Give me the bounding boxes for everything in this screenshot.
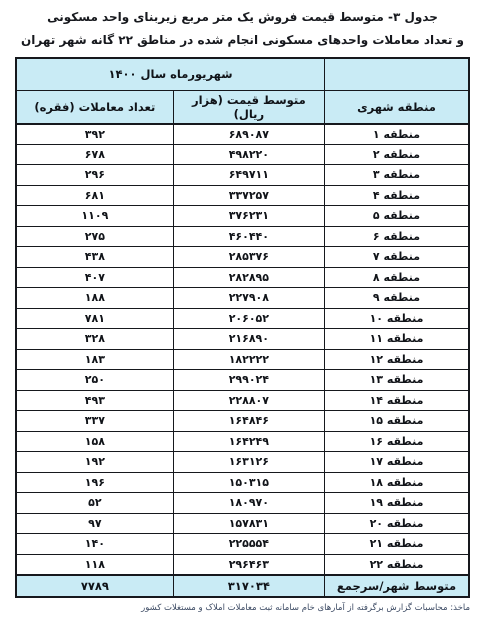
period-header-cell: شهریورماه سال ۱۴۰۰ xyxy=(16,58,325,91)
table-row: منطقه ۱۶۸۹۰۸۷۳۹۲ xyxy=(16,124,469,145)
district-cell: منطقه ۲ xyxy=(325,144,470,165)
avg-price-cell: ۱۶۴۸۴۶ xyxy=(173,411,324,432)
source-note: ماخذ: محاسبات گزارش برگرفته از آمارهای خ… xyxy=(15,603,470,613)
district-cell: منطقه ۱۱ xyxy=(325,329,470,350)
districts-price-table: شهریورماه سال ۱۴۰۰ منطقه شهری متوسط قیمت… xyxy=(15,57,470,598)
district-cell: منطقه ۸ xyxy=(325,267,470,288)
district-cell: منطقه ۶ xyxy=(325,226,470,247)
table-row: منطقه ۱۳۲۹۹۰۲۴۲۵۰ xyxy=(16,370,469,391)
transactions-cell: ۴۳۸ xyxy=(16,247,173,268)
district-cell: منطقه ۳ xyxy=(325,165,470,186)
transactions-cell: ۳۲۸ xyxy=(16,329,173,350)
district-cell: منطقه ۲۰ xyxy=(325,513,470,534)
district-cell: منطقه ۱۴ xyxy=(325,390,470,411)
district-cell: منطقه ۲۱ xyxy=(325,534,470,555)
transactions-cell: ۱۱۸ xyxy=(16,554,173,575)
avg-price-cell: ۲۹۶۴۶۳ xyxy=(173,554,324,575)
table-title-line1: جدول ۳- متوسط قیمت فروش یک متر مربع زیرب… xyxy=(0,6,485,29)
district-cell: منطقه ۱۳ xyxy=(325,370,470,391)
empty-header-cell xyxy=(325,58,470,91)
table-row: منطقه ۲۱۲۲۵۵۵۴۱۴۰ xyxy=(16,534,469,555)
transactions-cell: ۲۹۶ xyxy=(16,165,173,186)
avg-price-cell: ۱۶۴۲۴۹ xyxy=(173,431,324,452)
total-label-cell: متوسط شهر/سرجمع xyxy=(325,575,470,597)
avg-price-cell: ۱۵۷۸۳۱ xyxy=(173,513,324,534)
avg-price-cell: ۲۰۶۰۵۲ xyxy=(173,308,324,329)
table-title-line2: و تعداد معاملات واحدهای مسکونی انجام شده… xyxy=(0,29,485,52)
table-row: منطقه ۲۴۹۸۲۲۰۶۷۸ xyxy=(16,144,469,165)
avg-price-cell: ۲۱۶۸۹۰ xyxy=(173,329,324,350)
district-column-header: منطقه شهری xyxy=(325,91,470,124)
district-cell: منطقه ۱ xyxy=(325,124,470,145)
table-row: منطقه ۲۲۲۹۶۴۶۳۱۱۸ xyxy=(16,554,469,575)
avg-price-cell: ۲۸۲۸۹۵ xyxy=(173,267,324,288)
table-header: شهریورماه سال ۱۴۰۰ منطقه شهری متوسط قیمت… xyxy=(16,58,469,124)
district-cell: منطقه ۱۵ xyxy=(325,411,470,432)
table-row: منطقه ۱۱۲۱۶۸۹۰۳۲۸ xyxy=(16,329,469,350)
avg-price-cell: ۶۴۹۷۱۱ xyxy=(173,165,324,186)
transactions-cell: ۶۷۸ xyxy=(16,144,173,165)
district-cell: منطقه ۴ xyxy=(325,185,470,206)
district-cell: منطقه ۲۲ xyxy=(325,554,470,575)
avg-price-cell: ۶۸۹۰۸۷ xyxy=(173,124,324,145)
district-cell: منطقه ۷ xyxy=(325,247,470,268)
table-row: منطقه ۵۳۷۶۲۳۱۱۱۰۹ xyxy=(16,206,469,227)
column-header-row: منطقه شهری متوسط قیمت (هزار ریال) تعداد … xyxy=(16,91,469,124)
avg-price-cell: ۲۲۵۵۵۴ xyxy=(173,534,324,555)
transactions-cell: ۲۷۵ xyxy=(16,226,173,247)
table-row: منطقه ۱۷۱۶۳۱۲۶۱۹۲ xyxy=(16,452,469,473)
avg-price-cell: ۳۷۶۲۳۱ xyxy=(173,206,324,227)
total-row: متوسط شهر/سرجمع ۳۱۷۰۳۴ ۷۷۸۹ xyxy=(16,575,469,597)
district-cell: منطقه ۱۷ xyxy=(325,452,470,473)
district-cell: منطقه ۱۸ xyxy=(325,472,470,493)
table-row: منطقه ۲۰۱۵۷۸۳۱۹۷ xyxy=(16,513,469,534)
transactions-cell: ۱۴۰ xyxy=(16,534,173,555)
transactions-cell: ۴۹۳ xyxy=(16,390,173,411)
district-cell: منطقه ۱۲ xyxy=(325,349,470,370)
transactions-cell: ۱۸۳ xyxy=(16,349,173,370)
table-body: منطقه ۱۶۸۹۰۸۷۳۹۲منطقه ۲۴۹۸۲۲۰۶۷۸منطقه ۳۶… xyxy=(16,124,469,575)
avg-price-cell: ۲۸۵۳۷۶ xyxy=(173,247,324,268)
avg-price-cell: ۲۹۹۰۲۴ xyxy=(173,370,324,391)
table-row: منطقه ۱۶۱۶۴۲۴۹۱۵۸ xyxy=(16,431,469,452)
avg-price-cell: ۲۲۷۹۰۸ xyxy=(173,288,324,309)
table-row: منطقه ۱۴۲۲۸۸۰۷۴۹۳ xyxy=(16,390,469,411)
transactions-cell: ۴۰۷ xyxy=(16,267,173,288)
report-page: جدول ۳- متوسط قیمت فروش یک متر مربع زیرب… xyxy=(0,0,485,640)
district-cell: منطقه ۹ xyxy=(325,288,470,309)
transactions-cell: ۱۸۸ xyxy=(16,288,173,309)
avg-price-cell: ۱۶۳۱۲۶ xyxy=(173,452,324,473)
table-row: منطقه ۴۳۳۷۲۵۷۶۸۱ xyxy=(16,185,469,206)
table-row: منطقه ۱۸۱۵۰۳۱۵۱۹۶ xyxy=(16,472,469,493)
avg-price-cell: ۱۸۲۲۲۲ xyxy=(173,349,324,370)
district-cell: منطقه ۵ xyxy=(325,206,470,227)
transactions-cell: ۳۳۷ xyxy=(16,411,173,432)
transactions-cell: ۶۸۱ xyxy=(16,185,173,206)
table-row: منطقه ۹۲۲۷۹۰۸۱۸۸ xyxy=(16,288,469,309)
table-row: منطقه ۷۲۸۵۳۷۶۴۳۸ xyxy=(16,247,469,268)
period-header-row: شهریورماه سال ۱۴۰۰ xyxy=(16,58,469,91)
transactions-cell: ۷۸۱ xyxy=(16,308,173,329)
avg-price-cell: ۱۵۰۳۱۵ xyxy=(173,472,324,493)
transactions-cell: ۱۹۲ xyxy=(16,452,173,473)
avg-price-cell: ۱۸۰۹۷۰ xyxy=(173,493,324,514)
table-row: منطقه ۱۰۲۰۶۰۵۲۷۸۱ xyxy=(16,308,469,329)
table-footer: متوسط شهر/سرجمع ۳۱۷۰۳۴ ۷۷۸۹ xyxy=(16,575,469,597)
transactions-column-header: تعداد معاملات (فقره) xyxy=(16,91,173,124)
table-row: منطقه ۶۴۶۰۴۴۰۲۷۵ xyxy=(16,226,469,247)
table-row: منطقه ۱۲۱۸۲۲۲۲۱۸۳ xyxy=(16,349,469,370)
transactions-cell: ۱۱۰۹ xyxy=(16,206,173,227)
table-row: منطقه ۱۵۱۶۴۸۴۶۳۳۷ xyxy=(16,411,469,432)
transactions-cell: ۲۵۰ xyxy=(16,370,173,391)
district-cell: منطقه ۱۰ xyxy=(325,308,470,329)
transactions-cell: ۳۹۲ xyxy=(16,124,173,145)
avg-price-column-header: متوسط قیمت (هزار ریال) xyxy=(173,91,324,124)
avg-price-cell: ۴۶۰۴۴۰ xyxy=(173,226,324,247)
district-cell: منطقه ۱۹ xyxy=(325,493,470,514)
transactions-cell: ۱۵۸ xyxy=(16,431,173,452)
table-row: منطقه ۸۲۸۲۸۹۵۴۰۷ xyxy=(16,267,469,288)
table-row: منطقه ۳۶۴۹۷۱۱۲۹۶ xyxy=(16,165,469,186)
transactions-cell: ۵۲ xyxy=(16,493,173,514)
table-row: منطقه ۱۹۱۸۰۹۷۰۵۲ xyxy=(16,493,469,514)
transactions-cell: ۹۷ xyxy=(16,513,173,534)
avg-price-cell: ۲۲۸۸۰۷ xyxy=(173,390,324,411)
avg-price-cell: ۳۳۷۲۵۷ xyxy=(173,185,324,206)
total-price-cell: ۳۱۷۰۳۴ xyxy=(173,575,324,597)
transactions-cell: ۱۹۶ xyxy=(16,472,173,493)
district-cell: منطقه ۱۶ xyxy=(325,431,470,452)
total-count-cell: ۷۷۸۹ xyxy=(16,575,173,597)
avg-price-cell: ۴۹۸۲۲۰ xyxy=(173,144,324,165)
